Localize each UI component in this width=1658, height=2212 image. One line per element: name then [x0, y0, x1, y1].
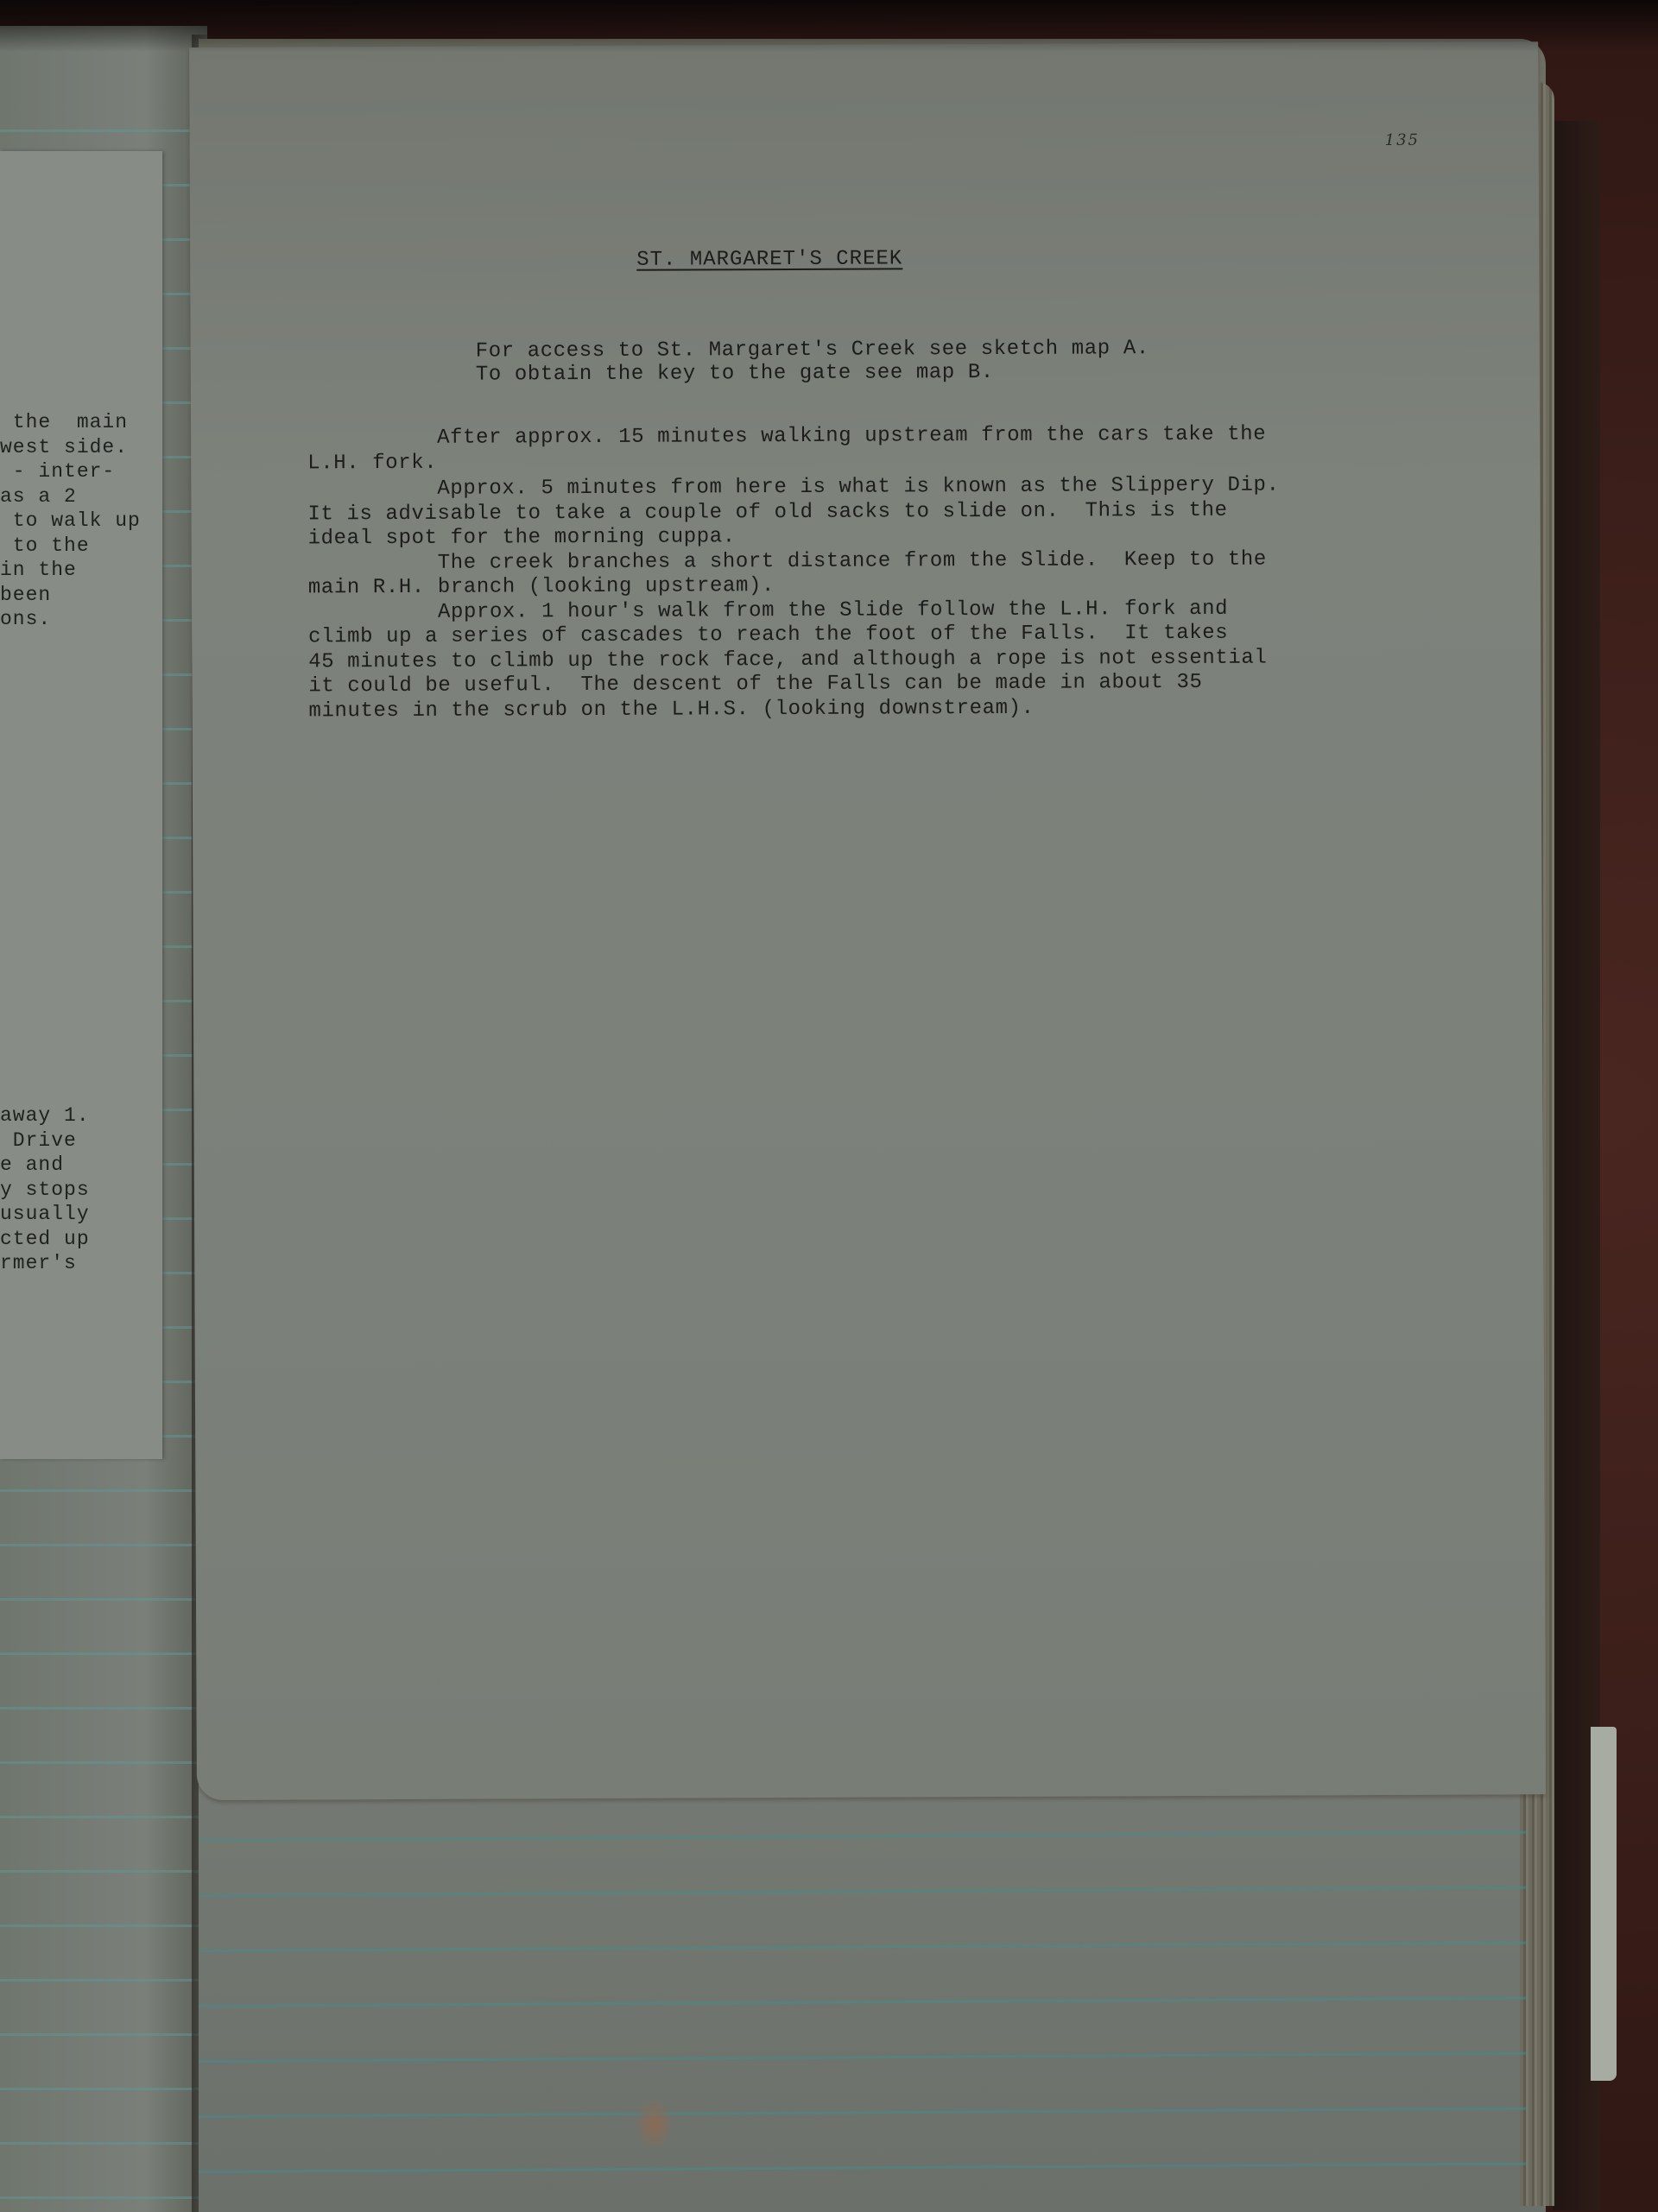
left-page-text-fragment: rmer's: [0, 1251, 77, 1276]
left-page-typed-slip: the mainwest side. - inter-as a 2 to wal…: [0, 151, 162, 1459]
left-page-text-fragment: usually: [0, 1202, 90, 1227]
ruled-line: [0, 2196, 207, 2199]
ruled-line: [0, 2142, 207, 2145]
body-line: minutes in the scrub on the L.H.S. (look…: [308, 696, 1034, 723]
intro-line: To obtain the key to the gate see map B.: [476, 361, 994, 387]
document-title: ST. MARGARET'S CREEK: [636, 247, 902, 271]
top-shadow: [0, 0, 1658, 52]
ruled-line: [0, 1761, 207, 1764]
left-page-text-fragment: to the: [0, 534, 90, 559]
body-line: it could be useful. The descent of the F…: [308, 671, 1202, 698]
body-line: L.H. fork.: [307, 451, 437, 475]
body-line: It is advisable to take a couple of old …: [307, 498, 1227, 526]
left-page-text-fragment: in the: [0, 558, 77, 583]
left-page-text-fragment: west side.: [0, 435, 128, 460]
body-line: After approx. 15 minutes walking upstrea…: [307, 423, 1266, 451]
left-page-text-fragment: cted up: [0, 1227, 90, 1252]
body-line: climb up a series of cascades to reach t…: [308, 622, 1228, 649]
ruled-line: [0, 2088, 207, 2090]
ruled-line: [0, 1707, 207, 1710]
ruled-line: [0, 2033, 207, 2036]
body-line: ideal spot for the morning cuppa.: [308, 525, 736, 550]
ruled-line: [0, 130, 207, 132]
stain: [635, 2098, 674, 2150]
left-page-text-fragment: ons.: [0, 607, 51, 632]
ruled-line: [0, 1544, 207, 1546]
ruled-line: [0, 1870, 207, 1873]
ruled-line: [0, 1924, 207, 1927]
page-number: 135: [1385, 131, 1420, 149]
ruled-line: [0, 1653, 207, 1655]
left-page-text-fragment: e and: [0, 1153, 64, 1178]
ruled-line: [0, 1489, 207, 1492]
ruled-line: [0, 1816, 207, 1818]
left-page-text-fragment: to walk up: [0, 509, 141, 534]
left-page-text-fragment: as a 2: [0, 484, 77, 509]
body-line: The creek branches a short distance from…: [308, 547, 1267, 575]
intro-line: For access to St. Margaret's Creek see s…: [476, 337, 1149, 363]
paper-tab: [1591, 1727, 1617, 2081]
body-line: main R.H. branch (looking upstream).: [308, 574, 775, 599]
ruled-line: [0, 1598, 207, 1601]
left-page-text-fragment: been: [0, 583, 51, 608]
left-page-text-fragment: - inter-: [0, 459, 115, 484]
left-page-text-fragment: away 1.: [0, 1103, 90, 1128]
left-page-text-fragment: Drive: [0, 1128, 77, 1153]
ruled-line: [0, 1979, 207, 1981]
typed-sheet: 135 ST. MARGARET'S CREEK For access to S…: [189, 41, 1546, 1800]
body-line: Approx. 1 hour's walk from the Slide fol…: [308, 597, 1228, 624]
left-page-text-fragment: y stops: [0, 1178, 90, 1203]
left-page-text-fragment: the main: [0, 410, 128, 435]
body-line: 45 minutes to climb up the rock face, an…: [308, 646, 1267, 673]
body-line: Approx. 5 minutes from here is what is k…: [307, 474, 1279, 502]
